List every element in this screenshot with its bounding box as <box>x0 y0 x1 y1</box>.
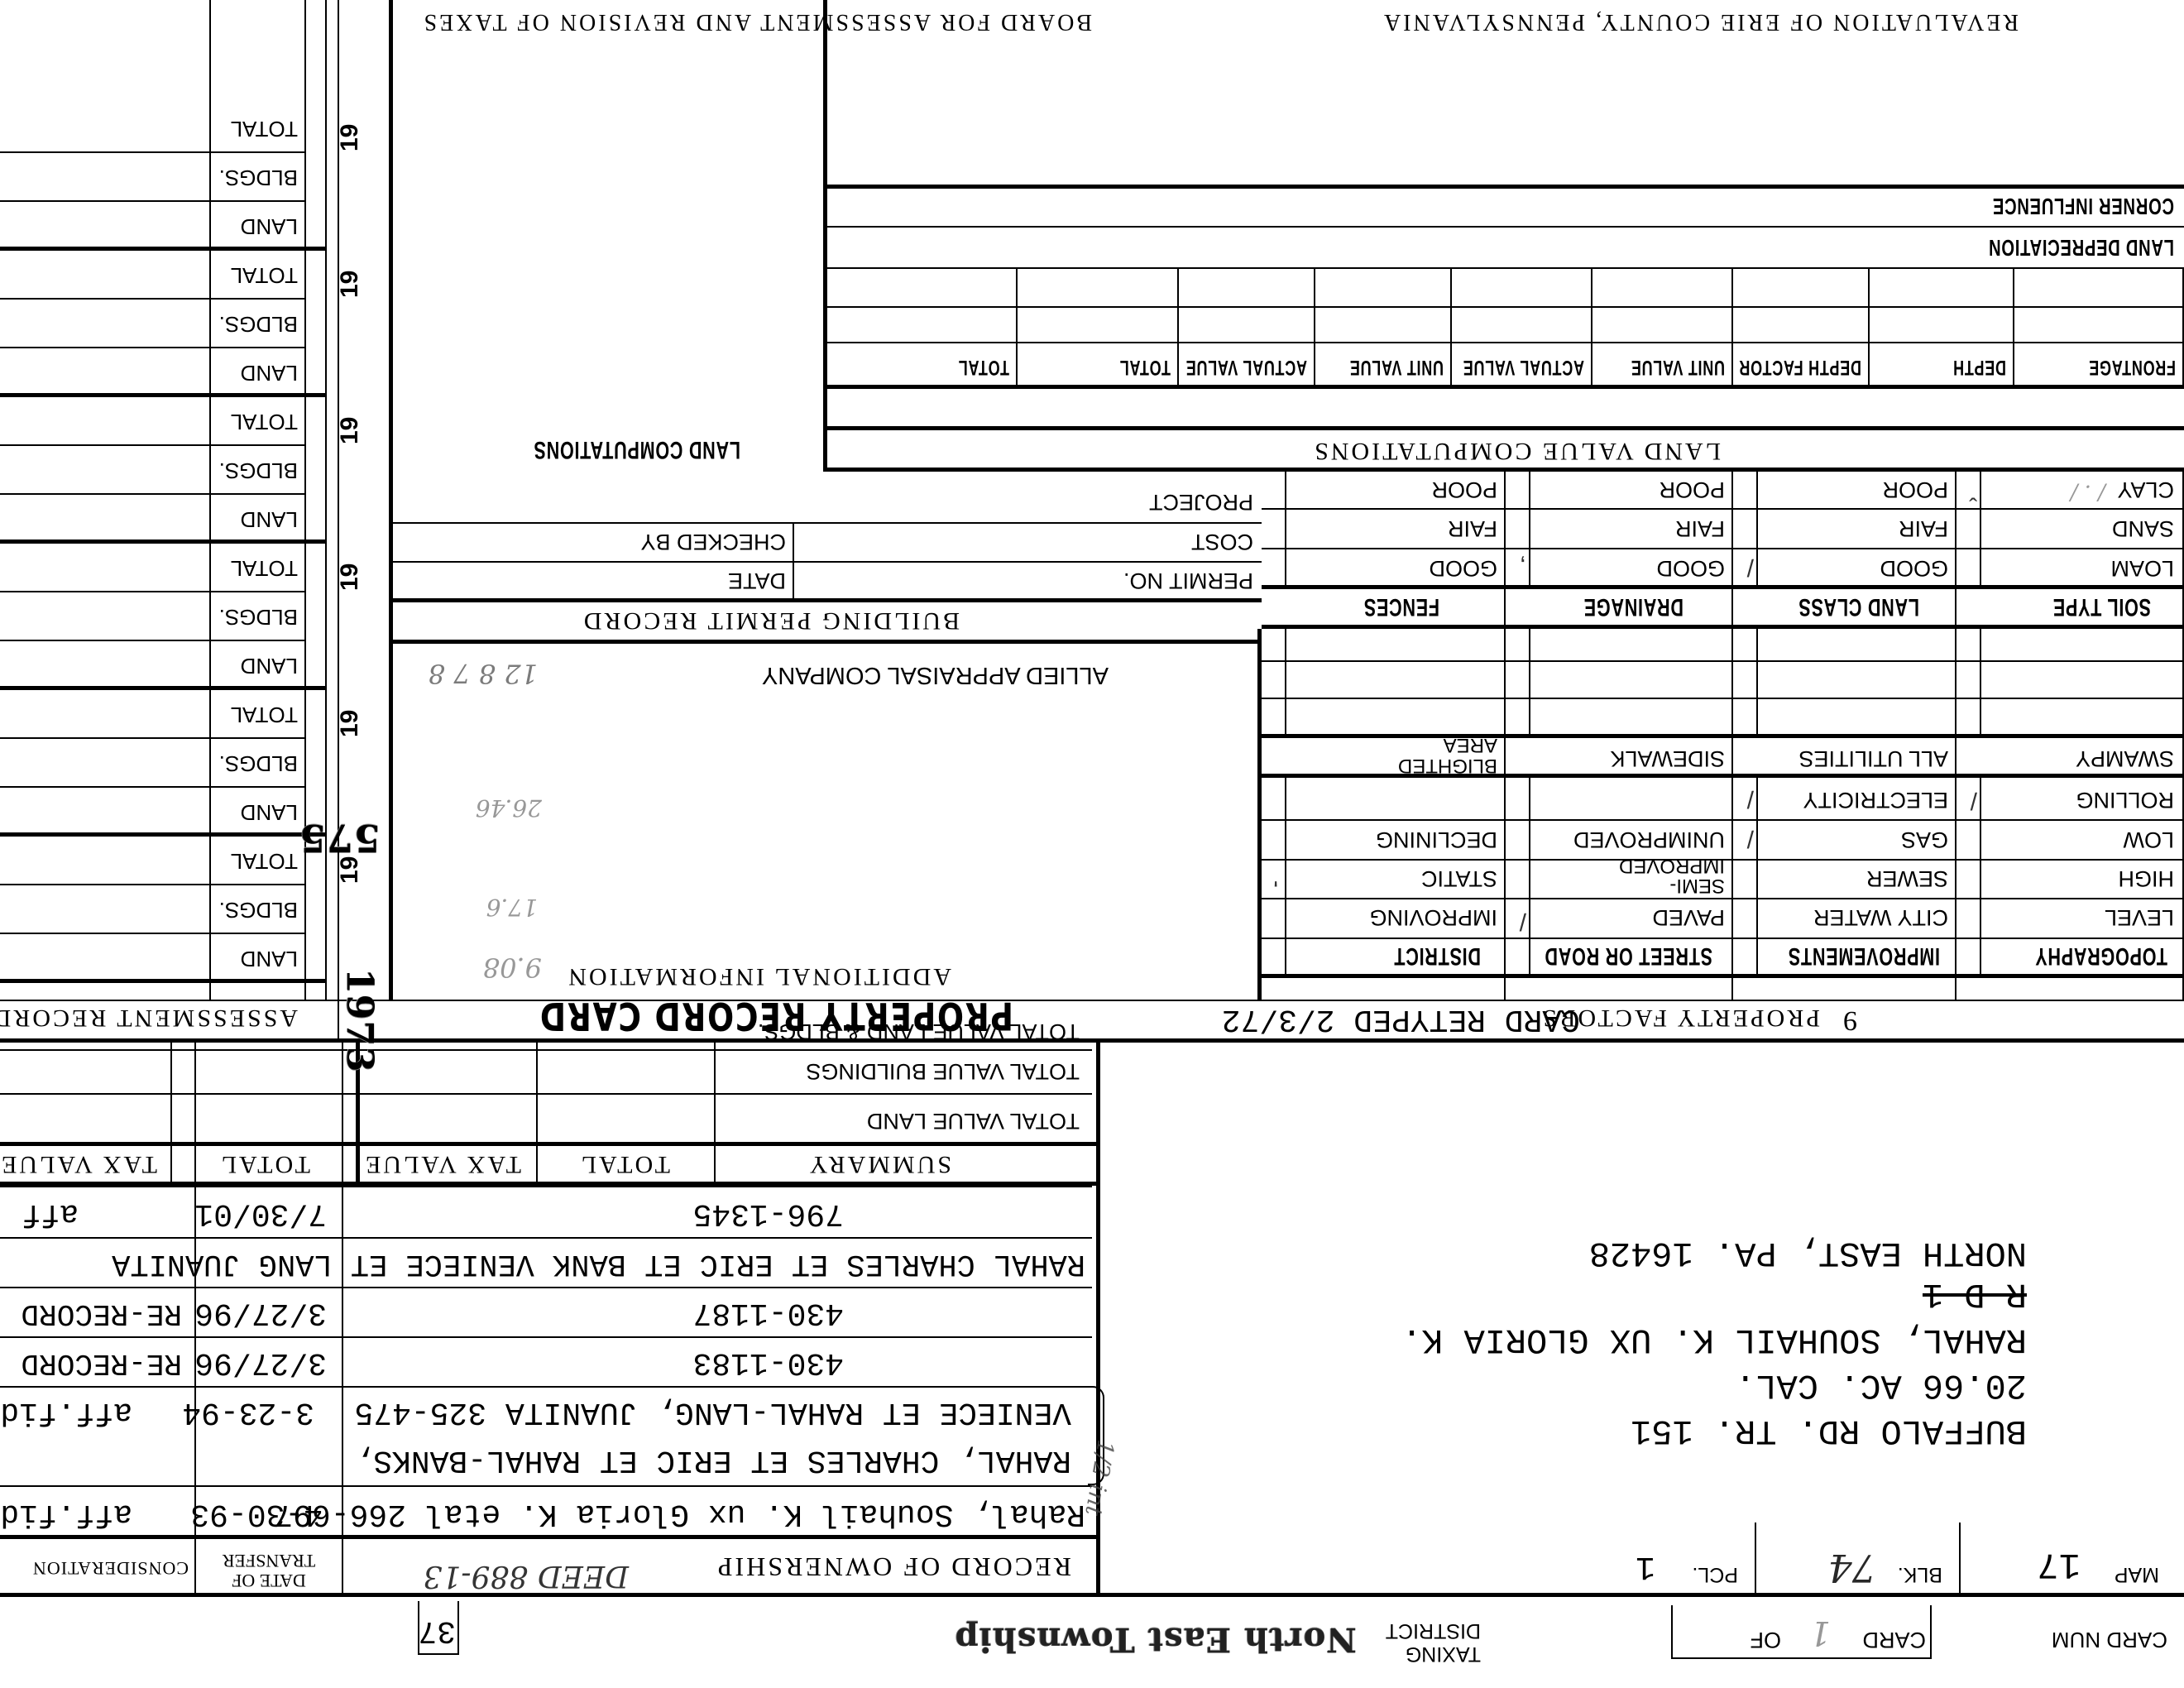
property-factors-title: PROPERTY FACTORS <box>1540 1005 1820 1030</box>
land-value-col-header: TOTAL <box>1119 355 1171 379</box>
additional-info-note: 9.08 <box>483 954 542 981</box>
board-title: BOARD FOR ASSESSMENT AND REVISION OF TAX… <box>422 10 1092 33</box>
assessment-value-field[interactable] <box>4 596 207 638</box>
pcl-field: PCL. 1 <box>1473 1523 1755 1597</box>
owner-line: RAHAL, SOUHAIL K. UX GLORIA K. <box>1401 1322 2027 1357</box>
appraisal-date: 12 8 7 8 <box>429 660 538 687</box>
cost-label: COST <box>1191 530 1253 553</box>
district-blighted-area: BLIGHTED AREA <box>1373 735 1497 776</box>
assessment-row-label: LAND <box>241 948 298 970</box>
summary-col-tax-value: TAX VALUE <box>363 1152 521 1177</box>
topography-high: HIGH <box>2119 867 2175 890</box>
drainage-poor: POOR <box>1659 478 1725 501</box>
summary-col-tax-value-2: TAX VALUE <box>0 1152 157 1177</box>
assessment-row-label: TOTAL <box>231 558 298 579</box>
assessment-value-field[interactable] <box>4 693 207 736</box>
assessment-year-stamp: 1973 <box>338 968 381 1072</box>
assessment-value-field[interactable] <box>4 645 207 687</box>
district-number-box: 37 <box>418 1601 459 1655</box>
pcl-value[interactable]: 1 <box>1636 1547 1655 1585</box>
fences-fair: FAIR <box>1448 517 1497 539</box>
page-title: PROPERTY RECORD CARD <box>539 994 1013 1038</box>
assessment-row-label: LAND <box>241 655 298 677</box>
ownership-row: 430-1183 3/27/96 RE-RECORD <box>0 1336 1092 1386</box>
taxing-district-stamp: North East Township <box>955 1620 1357 1659</box>
soil-loam: LOAM <box>2110 557 2174 579</box>
soil-clay-note: / . / <box>2071 482 2105 503</box>
drainage-good: GOOD <box>1656 557 1725 579</box>
assessment-year-label: 19 <box>338 417 362 444</box>
address-line: BUFFALO RD. TR. 151 <box>1631 1413 2027 1448</box>
land-value-col-header: UNIT VALUE <box>1631 355 1725 379</box>
address-line-struck: R D 1 <box>1923 1277 2027 1312</box>
permit-no-label: PERMIT NO. <box>1123 569 1253 592</box>
checkmark-icon[interactable]: , <box>1520 554 1526 579</box>
checkmark-icon[interactable]: ' <box>1273 865 1278 890</box>
map-field: MAP 17 <box>1961 1523 2176 1597</box>
land-value-col-header: UNIT VALUE <box>1349 355 1444 379</box>
street-semi-improved: SEMI-IMPROVED <box>1601 856 1725 895</box>
land-value-col-header: TOTAL <box>958 355 1009 379</box>
assessment-value-field[interactable] <box>4 254 207 296</box>
ownership-row: RAHAL CHARLES ET ERIC ET BANK VENIECE ET… <box>0 1237 1092 1287</box>
checked-by-label: CHECKED BY <box>640 530 786 553</box>
assessment-year-stamp: 575 <box>299 816 381 861</box>
assessment-row-label: TOTAL <box>231 118 298 140</box>
date-of-transfer-header: DATE OF TRANSFER <box>207 1551 331 1590</box>
assessment-row-label: TOTAL <box>231 851 298 872</box>
assessment-value-field[interactable] <box>4 547 207 589</box>
ownership-row: VENIECE ET RAHAL-LANG, JUANITA 325-475 3… <box>0 1386 1092 1434</box>
drainage-fair: FAIR <box>1675 517 1725 539</box>
land-value-col-header: DEPTH FACTOR <box>1739 355 1861 379</box>
improvements-header: IMPROVEMENTS <box>1788 942 1940 970</box>
topography-header: TOPOGRAPHY <box>2035 942 2167 970</box>
land-class-fair: FAIR <box>1899 517 1948 539</box>
taxing-district-label: TAXING DISTRICT <box>1373 1619 1481 1665</box>
topography-swampy: SWAMPY <box>2076 747 2174 770</box>
checkmark-icon[interactable]: ˇ <box>1969 478 1977 503</box>
ownership-row: 430-1187 3/27/96 RE-RECORD <box>0 1287 1092 1336</box>
assessment-value-field[interactable] <box>4 156 207 199</box>
assessment-row-label: BLDGS. <box>219 607 298 628</box>
card-retyped-note: CARD RETYPED 2/3/72 <box>1222 1003 1580 1034</box>
improvement-electricity: ELECTRICITY <box>1803 789 1948 811</box>
summary-row-buildings: TOTAL VALUE BUILDINGS <box>806 1060 1080 1082</box>
ownership-row: Rahal, Souhail K. ux Gloria K. etal 266-… <box>0 1485 1092 1539</box>
improvement-all-utilities: ALL UTILITIES <box>1798 747 1948 770</box>
land-value-col-header: ACTUAL VALUE <box>1185 355 1307 379</box>
blk-field: BLK. 74 <box>1756 1523 1959 1597</box>
improvement-sewer: SEWER <box>1866 867 1948 890</box>
ownership-title: RECORD OF OWNERSHIP <box>716 1554 1071 1580</box>
land-value-col-header: ACTUAL VALUE <box>1463 355 1584 379</box>
assessment-value-field[interactable] <box>4 400 207 443</box>
corner-influence-label: CORNER INFLUENCE <box>1992 193 2174 219</box>
assessment-value-field[interactable] <box>4 352 207 394</box>
assessment-year-label: 19 <box>338 563 362 591</box>
assessment-row-label: LAND <box>241 216 298 237</box>
summary-col-total-2: TOTAL <box>219 1152 310 1177</box>
property-factors-note: 9 <box>1841 1006 1857 1034</box>
assessment-year-label: 19 <box>338 124 362 151</box>
assessment-value-field[interactable] <box>4 742 207 784</box>
assessment-row-label: BLDGS. <box>219 460 298 482</box>
assessment-row-label: LAND <box>241 362 298 384</box>
assessment-value-field[interactable] <box>4 938 207 980</box>
consideration-header: CONSIDERATION <box>32 1557 189 1579</box>
assessment-year-label: 19 <box>338 710 362 737</box>
street-paved: PAVED <box>1652 906 1725 928</box>
land-depreciation-label: LAND DEPRECIATION <box>1988 234 2174 261</box>
fences-good: GOOD <box>1429 557 1497 579</box>
fences-header: FENCES <box>1363 592 1439 621</box>
property-record-card: CARD NUM CARD 1 OF TAXING DISTRICT North… <box>0 0 2184 1688</box>
soil-section <box>1262 626 2184 738</box>
land-class-header: LAND CLASS <box>1798 592 1919 621</box>
assessment-value-field[interactable] <box>4 449 207 492</box>
assessment-row-label: BLDGS. <box>219 167 298 189</box>
project-label: PROJECT <box>1149 491 1253 513</box>
appraisal-company: ALLIED APPRAISAL COMPANY <box>762 663 1109 687</box>
summary-col-total: TOTAL <box>579 1152 670 1177</box>
district-improving: IMPROVING <box>1369 906 1497 928</box>
topography-level: LEVEL <box>2105 906 2174 928</box>
district-declining: DECLINING <box>1376 828 1497 851</box>
summary-row-land: TOTAL VALUE LAND <box>867 1110 1080 1132</box>
additional-info-note: 17.6 <box>486 895 538 918</box>
of-label: OF <box>1751 1628 1782 1651</box>
topography-rolling: ROLLING <box>2076 789 2174 811</box>
assessment-year-label: 19 <box>338 271 362 298</box>
street-sidewalk: SIDEWALK <box>1610 747 1725 770</box>
assessment-value-field[interactable] <box>4 889 207 931</box>
assessment-row-label: TOTAL <box>231 265 298 286</box>
card-num-label: CARD NUM <box>2052 1629 2167 1651</box>
land-value-col-header: DEPTH <box>1952 355 2006 379</box>
address-line: NORTH EAST, PA. 16428 <box>1589 1235 2027 1270</box>
assessment-row-label: LAND <box>241 802 298 823</box>
ownership-row: 796-1345 7/30/01 aff <box>0 1186 1092 1237</box>
improvement-gas: GAS <box>1901 828 1948 851</box>
checkmark-icon[interactable]: / <box>1971 788 1977 813</box>
assessment-row-label: TOTAL <box>231 704 298 726</box>
district-header: DISTRICT <box>1394 942 1481 970</box>
ownership-row: RAHAL, CHARLES ET ERIC ET RAHAL-BANKS, <box>0 1434 1092 1485</box>
assessment-value-field[interactable] <box>4 303 207 345</box>
card-of-box: CARD 1 OF <box>1671 1605 1932 1659</box>
map-value[interactable]: 17 <box>2037 1543 2081 1585</box>
blk-value[interactable]: 74 <box>1827 1549 1876 1587</box>
assessment-row-label: BLDGS. <box>219 753 298 774</box>
soil-clay: CLAY <box>2117 478 2174 501</box>
drainage-header: DRAINAGE <box>1583 592 1683 621</box>
assessment-record-title: ASSESSMENT RECORD <box>0 1005 298 1030</box>
street-header: STREET OR ROAD <box>1545 942 1712 970</box>
fences-poor: POOR <box>1431 478 1497 501</box>
deed-note: DEED 889-13 <box>424 1561 629 1590</box>
topography-low: LOW <box>2123 828 2174 851</box>
land-value-col-header: FRONTAGE <box>2089 355 2176 379</box>
county-title: REVALUATION OF ERIE COUNTY, PENNSYLVANIA <box>1382 10 2019 33</box>
assessment-value-field[interactable] <box>4 498 207 540</box>
land-value-computations-title: LAND VALUE COMPUTATIONS <box>1312 439 1721 463</box>
improvement-city-water: CITY WATER <box>1813 906 1948 928</box>
summary-header: SUMMARY <box>807 1152 951 1177</box>
date-label: DATE <box>728 569 786 592</box>
additional-info-title: ADDITIONAL INFORMATION <box>566 964 951 989</box>
additional-info-note: 26.46 <box>476 796 542 819</box>
street-unimproved: UNIMPROVED <box>1573 828 1725 851</box>
assessment-value-field[interactable] <box>4 205 207 247</box>
building-permit-title: BUILDING PERMIT RECORD <box>582 608 960 633</box>
assessment-row-label: TOTAL <box>231 411 298 433</box>
checkmark-icon[interactable]: / <box>1520 909 1526 933</box>
assessment-value-field[interactable] <box>4 108 207 150</box>
address-line: 20.66 AC. CAL. <box>1735 1368 2027 1403</box>
card-label: CARD <box>1862 1628 1926 1651</box>
assessment-row-label: LAND <box>241 509 298 530</box>
assessment-value-field[interactable] <box>4 791 207 833</box>
land-class-poor: POOR <box>1882 478 1948 501</box>
checkmark-icon[interactable]: / <box>1747 786 1754 811</box>
checkmark-icon[interactable]: / <box>1747 826 1754 851</box>
land-computations-title: LAND COMPUTATIONS <box>534 435 740 463</box>
district-static: STATIC <box>1421 867 1497 890</box>
assessment-row-label: BLDGS. <box>219 899 298 921</box>
soil-type-header: SOIL TYPE <box>2052 592 2151 621</box>
card-value[interactable]: 1 <box>1810 1616 1831 1649</box>
land-class-good: GOOD <box>1880 557 1948 579</box>
assessment-value-field[interactable] <box>4 840 207 882</box>
checkmark-icon[interactable]: / <box>1747 554 1754 579</box>
soil-sand: SAND <box>2112 517 2174 539</box>
assessment-row-label: BLDGS. <box>219 314 298 335</box>
